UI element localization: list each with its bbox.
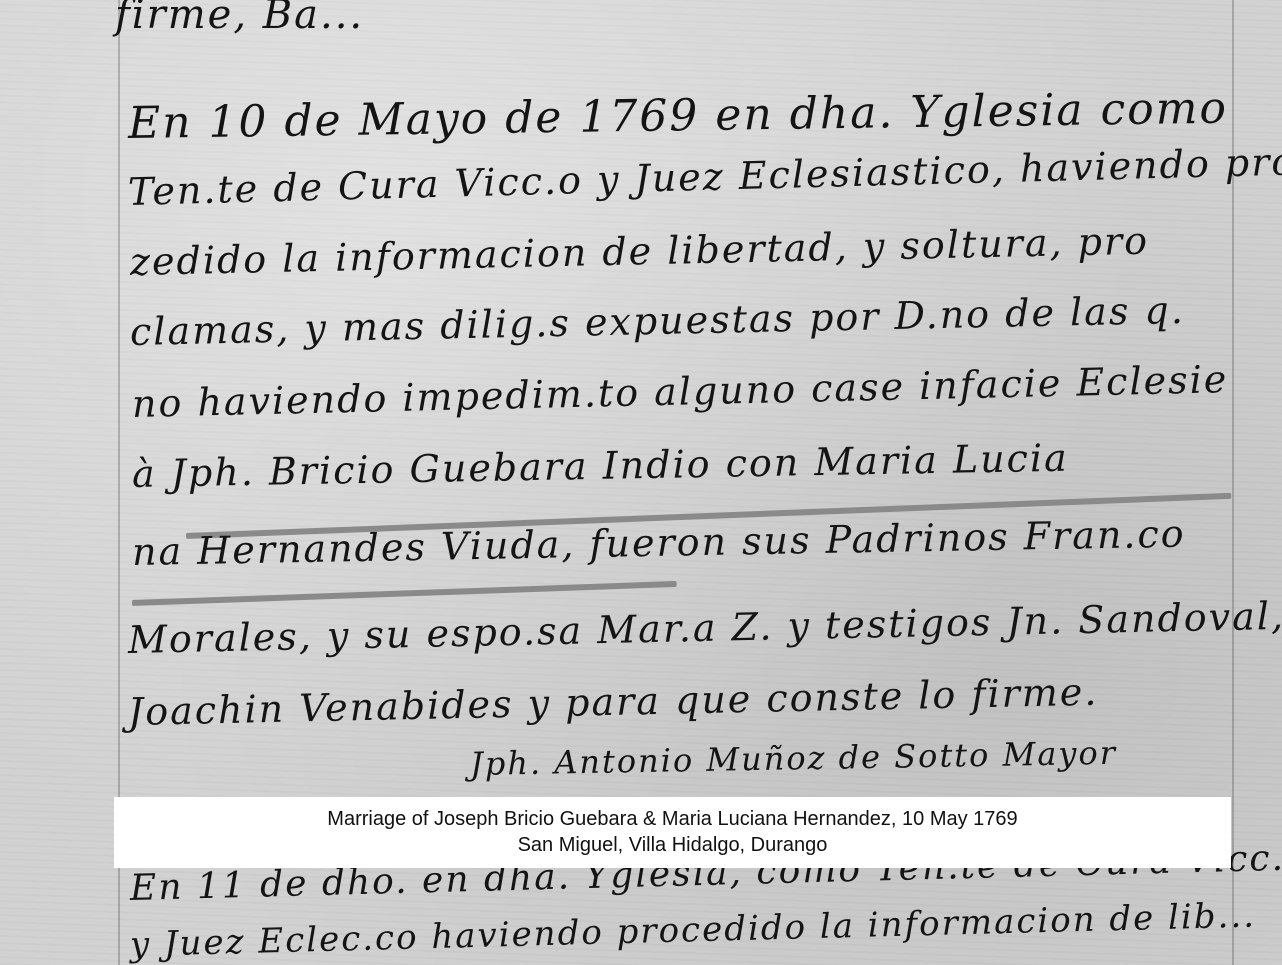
caption-location: San Miguel, Villa Hidalgo, Durango — [114, 832, 1231, 858]
manuscript-line: y Juez Eclec.co haviendo procedido la in… — [129, 896, 1256, 965]
manuscript-line: na Hernandes Viuda, fueron sus Padrinos … — [132, 512, 1186, 574]
manuscript-line: à Jph. Bricio Guebara Indio con Maria Lu… — [132, 436, 1069, 496]
manuscript-line: Joachin Venabides y para que conste lo f… — [128, 670, 1099, 734]
highlight-underline-bride — [132, 581, 677, 606]
caption-title: Marriage of Joseph Bricio Guebara & Mari… — [114, 806, 1231, 832]
manuscript-line: Ten.te de Cura Vicc.o y Juez Eclesiastic… — [127, 139, 1282, 214]
manuscript-signature: Jph. Antonio Muñoz de Sotto Mayor — [470, 734, 1118, 783]
manuscript-line: zedido la informacion de libertad, y sol… — [130, 219, 1150, 284]
caption-box: Marriage of Joseph Bricio Guebara & Mari… — [114, 797, 1231, 868]
manuscript-line: Morales, y su espo.sa Mar.a Z. y testigo… — [128, 593, 1282, 662]
manuscript-line: En 10 de Mayo de 1769 en dha. Yglesia co… — [128, 83, 1229, 149]
manuscript-line: no haviendo impedim.to alguno case infac… — [132, 357, 1229, 426]
manuscript-line: clamas, y mas dilig.s expuestas por D.no… — [130, 288, 1186, 354]
manuscript-line: firme, Ba... — [115, 0, 364, 38]
